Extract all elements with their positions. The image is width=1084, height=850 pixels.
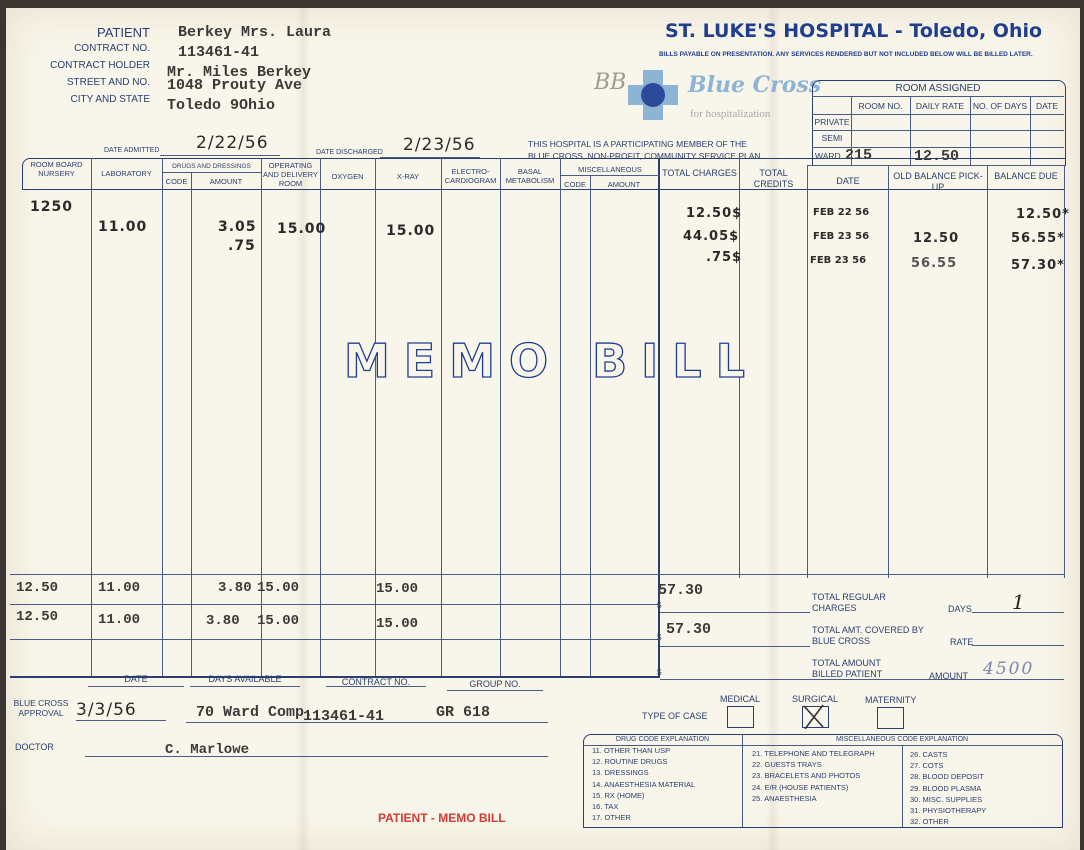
total-row-1-operating: 15.00 — [257, 580, 299, 596]
approval-group-label: GROUP NO. — [447, 679, 543, 689]
drug-code-item: 15. RX (HOME) — [592, 790, 695, 801]
total-regular-charges-value: 57.30 — [658, 582, 703, 599]
approval-date-label: DATE — [88, 674, 184, 684]
date-admitted-label: DATE ADMITTED — [104, 147, 159, 154]
drug-code-title: DRUG CODE EXPLANATION — [583, 736, 742, 743]
date-discharged-label: DATE DISCHARGED — [316, 149, 383, 156]
misc-code-list-a: 21. TELEPHONE AND TELEGRAPH 22. GUESTS T… — [752, 748, 875, 804]
initials-stamp: BB — [594, 70, 626, 95]
col-xray: X-RAY — [375, 172, 441, 181]
approval-days-value: 70 Ward Comp. — [196, 704, 313, 721]
case-medical-label: MEDICAL — [720, 694, 760, 704]
check-x-icon — [801, 703, 826, 729]
ledger-row-3-date: FEB 23 56 — [810, 255, 866, 266]
misc-code-title: MISCELLANEOUS CODE EXPLANATION — [742, 736, 1062, 743]
col-old-balance: OLD BALANCE PICK-UP — [889, 171, 987, 193]
room-col-date: DATE — [1030, 101, 1064, 111]
col-laboratory: LABORATORY — [91, 169, 162, 178]
drug-code-item: 11. OTHER THAN USP — [592, 745, 695, 756]
total-row-1-room: 12.50 — [16, 580, 58, 596]
col-room-board: ROOM BOARD NURSERY — [22, 160, 91, 178]
col-balance-due: BALANCE DUE — [988, 171, 1064, 182]
blue-cross-logo-text: Blue Cross — [688, 72, 821, 98]
ledger-row-1-date: FEB 22 56 — [813, 207, 869, 218]
payment-notice: BILLS PAYABLE ON PRESENTATION. ANY SERVI… — [659, 51, 1033, 58]
currency-sign-1: $ — [657, 601, 661, 610]
doctor-value: C. Marlowe — [165, 742, 249, 758]
misc-code-item: 31. PHYSIOTHERAPY — [910, 805, 986, 816]
col-misc: MISCELLANEOUS — [560, 165, 660, 174]
misc-code-item: 22. GUESTS TRAYS — [752, 759, 875, 770]
col-date: DATE — [808, 177, 888, 186]
drug-code-item: 17. OTHER — [592, 812, 695, 823]
col-drugs-amount: AMOUNT — [191, 177, 261, 186]
col-drugs-code: CODE — [162, 177, 191, 186]
patient-name: Berkey Mrs. Laura — [178, 24, 331, 41]
contract-no-value: 113461-41 — [178, 44, 259, 61]
drug-code-item: 16. TAX — [592, 801, 695, 812]
approval-date-value: 3/3/56 — [76, 700, 137, 720]
misc-code-item: 30. MISC. SUPPLIES — [910, 794, 986, 805]
billed-label: TOTAL AMOUNT BILLED PATIENT — [812, 658, 907, 680]
street-label: STREET AND NO. — [20, 77, 150, 88]
misc-code-item: 24. E/R (HOUSE PATIENTS) — [752, 782, 875, 793]
entry-drugs-2: .75 — [228, 238, 256, 254]
case-surgical-checkbox[interactable] — [802, 706, 829, 728]
total-row-2-room: 12.50 — [16, 609, 58, 625]
drug-code-item: 12. ROUTINE DRUGS — [592, 756, 695, 767]
ledger-row-2-total: 44.05$ — [683, 229, 739, 244]
total-row-1-drugs: 3.80 — [218, 580, 252, 596]
misc-code-item: 29. BLOOD PLASMA — [910, 783, 986, 794]
col-total-charges: TOTAL CHARGES — [660, 168, 739, 179]
ledger-row-2-date: FEB 23 56 — [813, 231, 869, 242]
entry-operating: 15.00 — [277, 221, 326, 237]
col-operating: OPERATING AND DELIVERY ROOM — [261, 161, 320, 188]
case-medical-checkbox[interactable] — [727, 706, 754, 728]
days-value: 1 — [1012, 590, 1025, 614]
col-basal: BASAL METABOLISM — [500, 167, 560, 185]
rate-label: RATE — [950, 637, 973, 647]
blue-cross-approval-label: BLUE CROSS APPROVAL — [12, 698, 70, 718]
doctor-label: DOCTOR — [15, 742, 54, 752]
misc-code-item: 26. CASTS — [910, 749, 986, 760]
col-drugs: DRUGS AND DRESSINGS — [162, 162, 261, 171]
total-row-2-lab: 11.00 — [98, 612, 140, 628]
type-of-case-label: TYPE OF CASE — [642, 711, 708, 721]
entry-drugs-1: 3.05 — [218, 219, 257, 235]
date-discharged-value: 2/23/56 — [403, 135, 476, 155]
ledger-row-1-balance: 12.50* — [1016, 207, 1070, 222]
entry-room: 1250 — [30, 199, 73, 215]
blue-cross-icon — [628, 70, 678, 120]
approval-days-label: DAYS AVAILABLE — [190, 674, 300, 684]
misc-code-item: 28. BLOOD DEPOSIT — [910, 771, 986, 782]
case-maternity-checkbox[interactable] — [877, 707, 904, 729]
room-assigned-title: ROOM ASSIGNED — [812, 83, 1064, 94]
currency-sign-2: $ — [657, 633, 661, 642]
misc-code-item: 32. OTHER — [910, 816, 986, 827]
room-row-private: PRIVATE — [813, 117, 851, 127]
approval-contract-value: 113461-41 — [303, 708, 384, 725]
drug-code-item: 13. DRESSINGS — [592, 767, 695, 778]
total-row-1-xray: 15.00 — [376, 581, 418, 597]
currency-sign-3: $ — [657, 668, 661, 677]
approval-group-value: GR 618 — [436, 704, 490, 721]
approval-contract-label: CONTRACT NO. — [326, 677, 426, 687]
city-label: CITY AND STATE — [20, 94, 150, 105]
memo-bill-watermark: MEMO BILL — [344, 334, 759, 388]
hospital-title: ST. LUKE'S HOSPITAL - Toledo, Ohio — [665, 20, 1042, 42]
total-row-2-drugs: 3.80 — [206, 613, 240, 629]
patient-label: PATIENT — [60, 25, 150, 40]
amount-value: 4500 — [983, 659, 1034, 679]
entry-lab: 11.00 — [98, 219, 147, 235]
paper-fold — [766, 8, 780, 850]
col-total-credits: TOTAL CREDITS — [740, 168, 807, 190]
ledger-row-3-total: .75$ — [706, 250, 742, 265]
room-row-semi: SEMI — [813, 133, 851, 143]
misc-code-item: 23. BRACELETS AND PHOTOS — [752, 770, 875, 781]
member-notice-1: THIS HOSPITAL IS A PARTICIPATING MEMBER … — [528, 139, 747, 149]
col-misc-code: CODE — [560, 180, 590, 189]
days-label: DAYS — [948, 604, 972, 614]
ledger-row-1-total: 12.50$ — [686, 206, 742, 221]
room-col-days: NO. OF DAYS — [970, 101, 1030, 111]
total-row-2-operating: 15.00 — [257, 613, 299, 629]
ledger-row-2-balance: 56.55* — [1011, 231, 1065, 246]
misc-code-item: 21. TELEPHONE AND TELEGRAPH — [752, 748, 875, 759]
misc-code-item: 25. ANAESTHESIA — [752, 793, 875, 804]
col-misc-amount: AMOUNT — [590, 180, 658, 189]
covered-value: 57.30 — [666, 621, 711, 638]
amount-label: AMOUNT — [929, 671, 968, 681]
blue-cross-tagline: for hospitalization — [690, 108, 770, 120]
covered-label: TOTAL AMT. COVERED BY BLUE CROSS — [812, 625, 932, 647]
contract-holder-label: CONTRACT HOLDER — [20, 60, 150, 71]
entry-xray: 15.00 — [386, 223, 435, 239]
city-value: Toledo 9Ohio — [167, 97, 275, 114]
ledger-row-3-balance: 57.30* — [1011, 258, 1065, 273]
case-maternity-label: MATERNITY — [865, 695, 916, 705]
contract-no-label: CONTRACT NO. — [30, 43, 150, 54]
patient-memo-bill-footer: PATIENT - MEMO BILL — [378, 811, 506, 825]
misc-code-item: 27. COTS — [910, 760, 986, 771]
col-ecg: ELECTRO-CARDIOGRAM — [441, 167, 500, 185]
col-oxygen: OXYGEN — [320, 172, 375, 181]
ledger-row-3-old-balance: 56.55 — [911, 256, 957, 271]
total-row-1-lab: 11.00 — [98, 580, 140, 596]
total-regular-charges-label: TOTAL REGULAR CHARGES — [812, 592, 907, 614]
misc-code-list-b: 26. CASTS 27. COTS 28. BLOOD DEPOSIT 29.… — [910, 749, 986, 827]
room-col-room-no: ROOM NO. — [851, 101, 910, 111]
street-value: 1048 Prouty Ave — [167, 77, 302, 94]
room-col-daily-rate: DAILY RATE — [910, 101, 970, 111]
ledger-row-2-old-balance: 12.50 — [913, 231, 959, 246]
drug-code-item: 14. ANAESTHESIA MATERIAL — [592, 779, 695, 790]
date-admitted-value: 2/22/56 — [196, 133, 269, 153]
drug-code-list: 11. OTHER THAN USP 12. ROUTINE DRUGS 13.… — [592, 745, 695, 823]
total-row-2-xray: 15.00 — [376, 616, 418, 632]
